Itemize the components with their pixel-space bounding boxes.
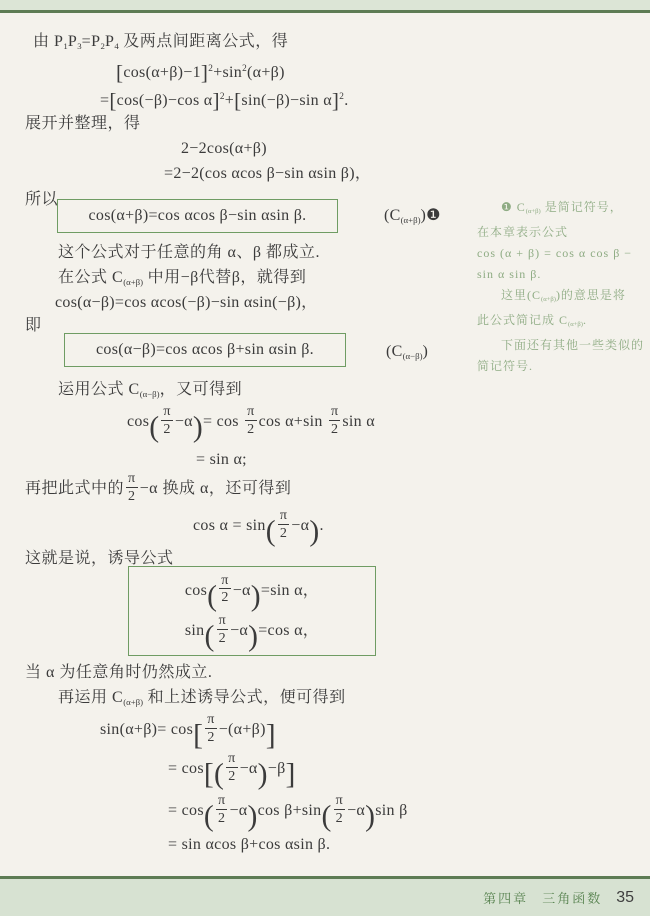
formula-induction-cos: cos(π2−α)=sin α，	[185, 575, 319, 608]
formula-cos-sum: cos(α+β)=cos αcos β−sin αsin β.	[89, 204, 307, 228]
equation-cofunction-2: = sin α;	[196, 448, 247, 472]
equation-expand-1: 2−2cos(α+β)	[181, 137, 267, 161]
paragraph-still-holds: 当 α 为任意角时仍然成立.	[25, 661, 212, 685]
paragraph-that-is: 即	[25, 314, 42, 338]
equation-sin-sum-2: = cos[(π2−α)−β]	[168, 753, 296, 786]
equation-cofunction-1: cos(π2−α)= cos π2cos α+sin π2sin α	[127, 406, 375, 439]
equation-sin-sum-4: = sin αcos β+cos αsin β.	[168, 833, 330, 857]
margin-note-line: 下面还有其他一些类似的	[477, 335, 647, 356]
margin-note-line: 这里(C(α+β))的意思是将	[477, 285, 647, 310]
margin-note-line: sin α sin β.	[477, 264, 647, 285]
formula-label-cos-diff: (C(α−β))	[386, 340, 428, 368]
margin-note: ❶ C(α+β) 是简记符号， 在本章表示公式 cos (α + β) = co…	[477, 197, 647, 377]
paragraph-expand: 展开并整理，得	[25, 112, 141, 136]
footer-section: 三角函数	[542, 888, 602, 907]
footer-page-number: 35	[616, 889, 634, 907]
paragraph-apply-formula: 运用公式 C(α−β)，又可得到	[58, 378, 242, 406]
equation-cofunction-3: cos α = sin(π2−α).	[193, 510, 324, 543]
paragraph-holds-any-angle: 这个公式对于任意的角 α、β 都成立.	[58, 241, 320, 265]
margin-note-line: ❶ C(α+β) 是简记符号，	[477, 197, 647, 222]
equation-sin-sum-1: sin(α+β)= cos[π2−(α+β)]	[100, 714, 276, 747]
top-green-bar	[0, 0, 650, 13]
formula-box-cos-sum: cos(α+β)=cos αcos β−sin αsin β.	[57, 199, 338, 233]
margin-note-line: cos (α + β) = cos α cos β −	[477, 243, 647, 264]
paragraph-substitute: 在公式 C(α+β) 中用−β代替β，就得到	[58, 266, 306, 294]
paragraph-apply-again: 再运用 C(α+β) 和上述诱导公式，便可得到	[58, 686, 346, 714]
textbook-page: 由 P1P3=P2P4 及两点间距离公式，得 [cos(α+β)−1]2+sin…	[0, 0, 650, 916]
paragraph-given: 由 P1P3=P2P4 及两点间距离公式，得	[33, 30, 288, 58]
formula-box-cos-diff: cos(α−β)=cos αcos β+sin αsin β.	[64, 333, 346, 367]
equation-sin-sum-3: = cos(π2−α)cos β+sin(π2−α)sin β	[168, 795, 408, 828]
equation-distance-1: [cos(α+β)−1]2+sin2(α+β)	[116, 57, 285, 85]
equation-distance-2: =[cos(−β)−cos α]2+[sin(−β)−sin α]2.	[100, 85, 349, 113]
margin-note-line: 在本章表示公式	[477, 222, 647, 243]
equation-expand-2: =2−2(cos αcos β−sin αsin β)，	[164, 162, 371, 186]
page-footer: 第四章 三角函数 35	[0, 876, 650, 916]
formula-label-cos-sum: (C(α+β))❶	[384, 204, 441, 232]
footer-chapter: 第四章	[483, 888, 528, 907]
equation-cos-diff-derive: cos(α−β)=cos αcos(−β)−sin αsin(−β)，	[55, 291, 317, 315]
paragraph-replace: 再把此式中的π2−α 换成 α，还可得到	[25, 473, 291, 506]
margin-note-line: 此公式简记成 C(α+β).	[477, 310, 647, 335]
paragraph-therefore: 所以	[25, 188, 58, 212]
formula-induction-sin: sin(π2−α)=cos α，	[185, 615, 319, 648]
formula-box-induction: cos(π2−α)=sin α， sin(π2−α)=cos α，	[128, 566, 376, 656]
formula-cos-diff: cos(α−β)=cos αcos β+sin αsin β.	[96, 338, 314, 362]
margin-note-line: 简记符号.	[477, 356, 647, 377]
